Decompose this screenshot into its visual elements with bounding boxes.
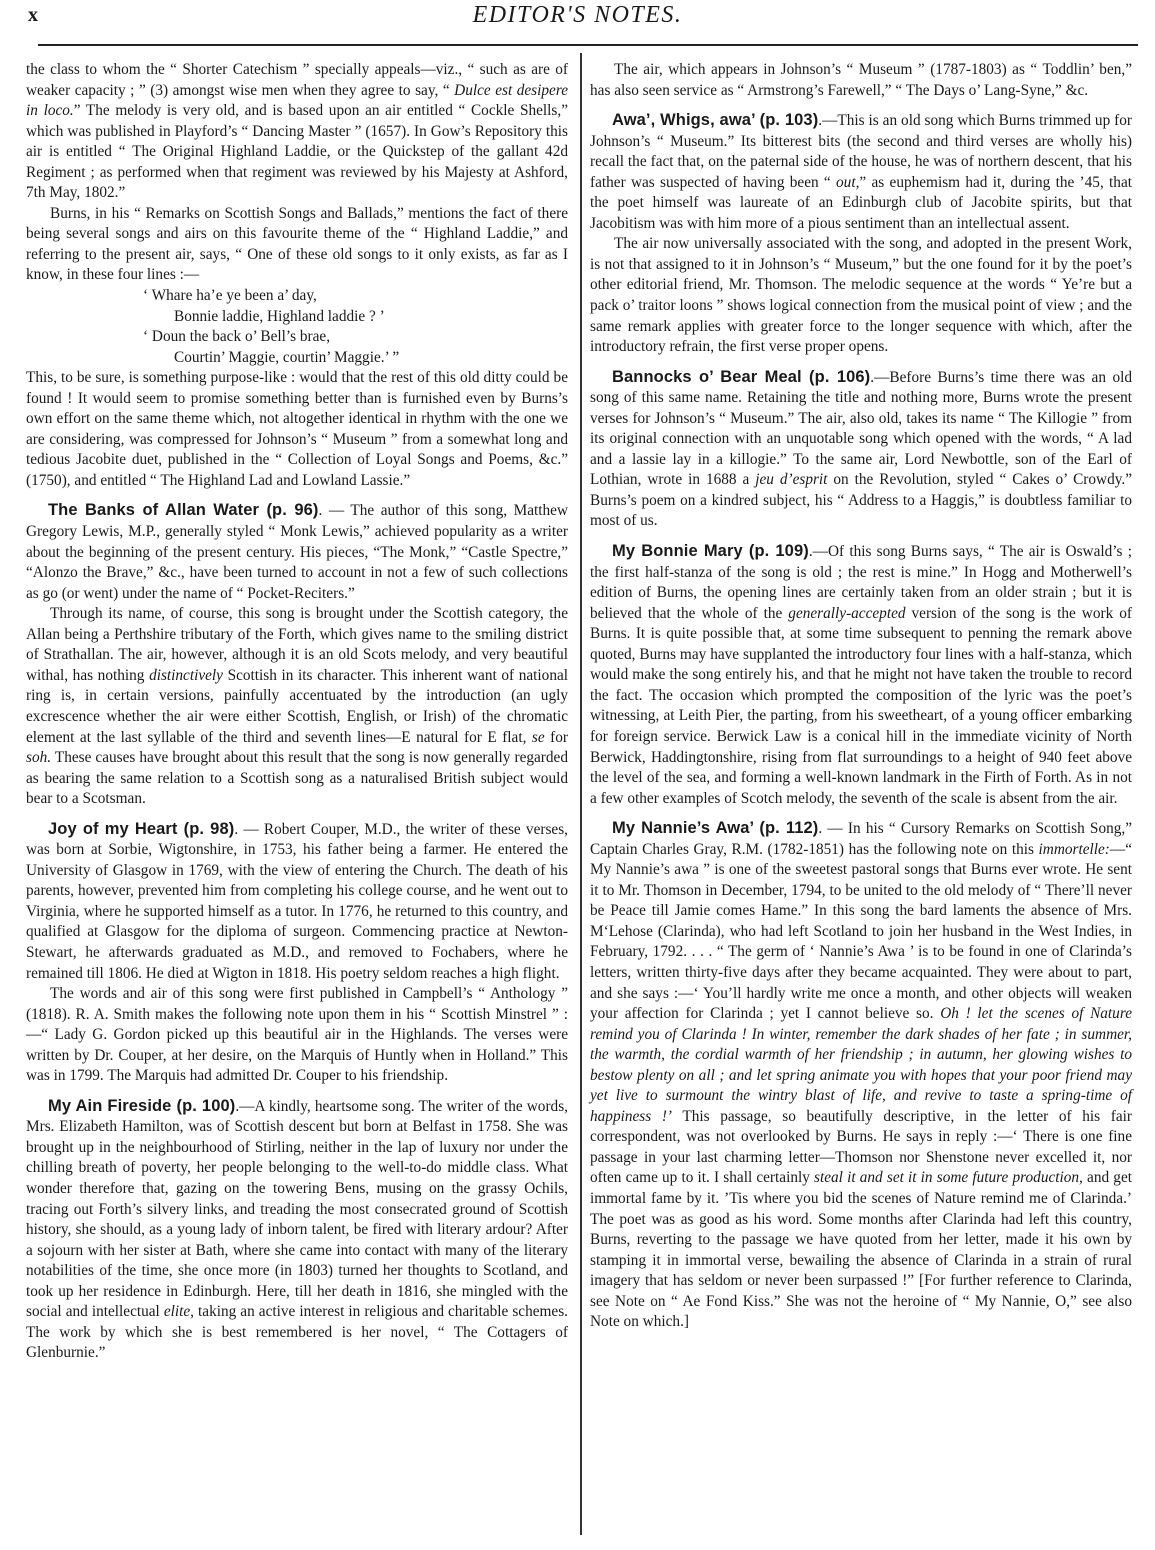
song-note-entry: Awa’, Whigs, awa’ (p. 103).—This is an o…	[590, 110, 1132, 234]
song-title-heading: Bannocks o’ Bear Meal	[612, 368, 802, 386]
italic-text: steal it and set it in some future produ…	[814, 1169, 1083, 1186]
body-text: This, to be sure, is something purpose-l…	[26, 369, 568, 489]
italic-text: distinctively	[149, 667, 223, 684]
verse-line: Courtin’ Maggie, courtin’ Maggie.’ ”	[26, 348, 568, 369]
song-title-heading: (p. 100)	[171, 1097, 235, 1115]
verse-line: ‘ Doun the back o’ Bell’s brae,	[26, 327, 568, 348]
song-note-entry: My Nannie’s Awa’ (p. 112). — In his “ Cu…	[590, 818, 1132, 1333]
verse-quote: ‘ Whare ha’e ye been a’ day,Bonnie laddi…	[26, 286, 568, 368]
italic-text: jeu d’esprit	[755, 471, 827, 488]
left-column: the class to whom the “ Shorter Catechis…	[26, 60, 568, 1364]
song-title-heading: (p. 106)	[802, 368, 871, 386]
column-divider	[580, 53, 582, 1535]
song-title-heading: Joy of my Heart	[48, 820, 178, 838]
body-text: . — Robert Couper, M.D., the writer of t…	[26, 821, 568, 982]
italic-text: immortelle:	[1039, 841, 1110, 858]
body-text: ” The melody is very old, and is based u…	[26, 102, 568, 201]
body-text: The air now universally associated with …	[590, 235, 1132, 355]
body-text: .—A kindly, heartsome song. The writer o…	[26, 1098, 568, 1320]
header-rule	[38, 44, 1138, 46]
song-title-heading: The Banks of Allan Water	[48, 501, 259, 519]
song-title-heading: (p. 112)	[753, 819, 818, 837]
song-title-heading: My Ain Fireside	[48, 1097, 171, 1115]
body-text: version of the song is the work of Burns…	[590, 605, 1132, 807]
paragraph: Through its name, of course, this song i…	[26, 604, 568, 809]
running-title: EDITOR'S NOTES.	[0, 2, 1155, 29]
body-text: —“ My Nannie’s awa ” is one of the sweet…	[590, 841, 1132, 1022]
song-title-heading: (p. 96)	[259, 501, 318, 519]
page-header: x EDITOR'S NOTES.	[0, 0, 1155, 50]
body-text: Burns, in his “ Remarks on Scottish Song…	[26, 205, 568, 284]
song-note-entry: My Bonnie Mary (p. 109).—Of this song Bu…	[590, 541, 1132, 809]
song-title-heading: My Bonnie Mary	[612, 542, 743, 560]
song-note-entry: Bannocks o’ Bear Meal (p. 106).—Before B…	[590, 367, 1132, 532]
right-column: The air, which appears in Johnson’s “ Mu…	[590, 60, 1132, 1333]
italic-text: soh.	[26, 749, 51, 766]
paragraph: the class to whom the “ Shorter Catechis…	[26, 60, 568, 204]
song-title-heading: (p. 98)	[178, 820, 235, 838]
paragraph: The air, which appears in Johnson’s “ Mu…	[590, 60, 1132, 101]
italic-text: out,	[836, 174, 859, 191]
verse-line: ‘ Whare ha’e ye been a’ day,	[26, 286, 568, 307]
body-text: and get immortal fame by it. ’Tis where …	[590, 1169, 1132, 1330]
paragraph: The words and air of this song were firs…	[26, 984, 568, 1087]
paragraph: This, to be sure, is something purpose-l…	[26, 368, 568, 491]
italic-text: elite,	[164, 1303, 194, 1320]
verse-line: Bonnie laddie, Highland laddie ? ’	[26, 307, 568, 328]
song-title-heading: (p. 109)	[743, 542, 809, 560]
paragraph: Burns, in his “ Remarks on Scottish Song…	[26, 204, 568, 286]
body-text: The air, which appears in Johnson’s “ Mu…	[590, 61, 1132, 99]
song-title-heading: My Nannie’s Awa’	[612, 819, 753, 837]
italic-text: generally-accepted	[788, 605, 905, 622]
body-text: for	[545, 729, 568, 746]
song-title-heading: (p. 103)	[755, 111, 818, 129]
song-note-entry: Joy of my Heart (p. 98). — Robert Couper…	[26, 819, 568, 984]
body-text: The words and air of this song were firs…	[26, 985, 568, 1084]
song-note-entry: The Banks of Allan Water (p. 96). — The …	[26, 500, 568, 604]
paragraph: The air now universally associated with …	[590, 234, 1132, 357]
song-note-entry: My Ain Fireside (p. 100).—A kindly, hear…	[26, 1096, 568, 1364]
italic-text: se	[532, 729, 545, 746]
body-text: These causes have brought about this res…	[26, 749, 568, 807]
song-title-heading: Awa’, Whigs, awa’	[612, 111, 755, 129]
